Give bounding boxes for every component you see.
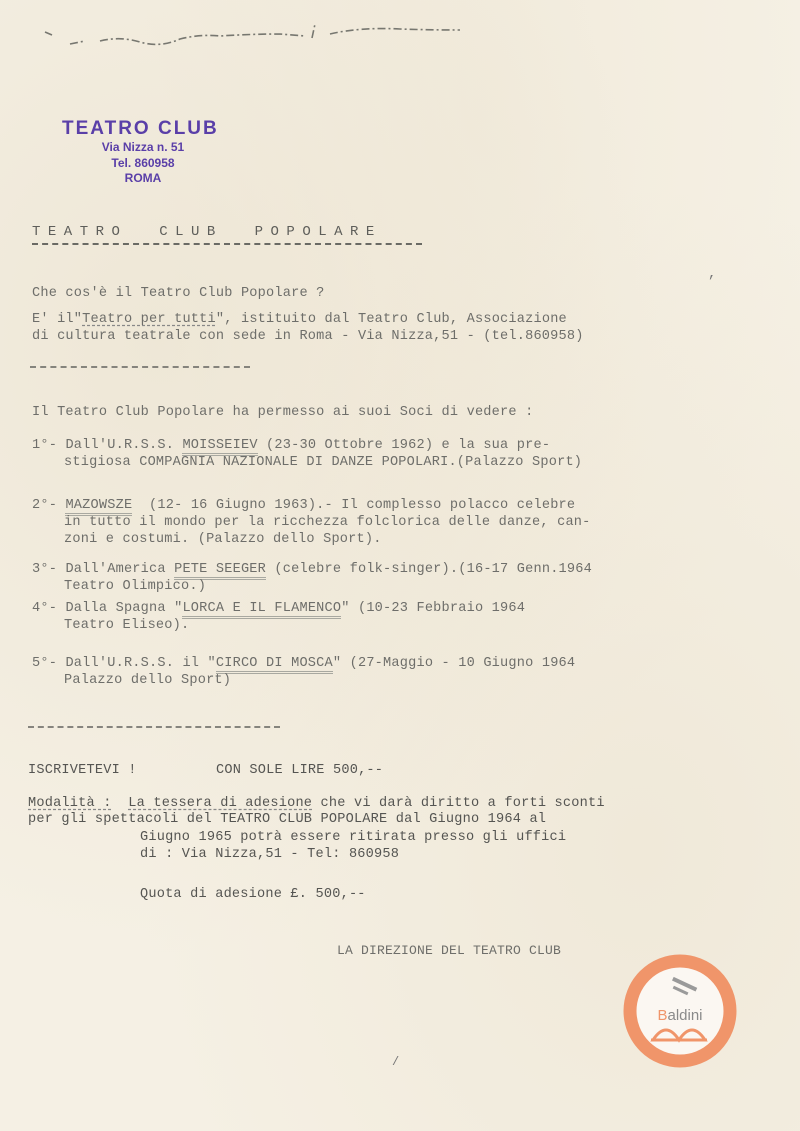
event-item: 5°- Dall'U.R.S.S. il "CIRCO DI MOSCA" (2… bbox=[32, 656, 575, 672]
event-item: 3°- Dall'America PETE SEEGER (celebre fo… bbox=[32, 562, 592, 578]
stamp-city: ROMA bbox=[98, 171, 188, 187]
ink-mark: , bbox=[708, 266, 716, 282]
event-continuation: stigiosa COMPAGNIA NAZIONALE DI DANZE PO… bbox=[64, 455, 582, 471]
event-detail: " (10-23 Febbraio 1964 bbox=[341, 601, 525, 616]
event-number: 3°- bbox=[32, 562, 57, 577]
modalita-text-1: che vi darà diritto a forti sconti bbox=[312, 796, 605, 811]
event-continuation: Palazzo dello Sport) bbox=[64, 673, 231, 689]
modalita-line-3: Giugno 1965 potrà essere ritirata presso… bbox=[140, 830, 566, 846]
stamp-address-block: Via Nizza n. 51 Tel. 860958 ROMA bbox=[98, 140, 188, 187]
intro-line-2: di cultura teatrale con sede in Roma - V… bbox=[32, 329, 584, 345]
footer-mark: / bbox=[392, 1055, 399, 1069]
event-continuation: in tutto il mondo per la ricchezza folcl… bbox=[64, 515, 591, 531]
title-underline bbox=[32, 243, 422, 245]
signature: LA DIREZIONE DEL TEATRO CLUB bbox=[337, 943, 561, 959]
event-prefix: Dall'U.R.S.S. il " bbox=[65, 656, 215, 671]
event-title: PETE SEEGER bbox=[174, 562, 266, 580]
event-detail: (12- 16 Giugno 1963).- Il complesso pola… bbox=[132, 498, 575, 513]
handwritten-scribble bbox=[40, 12, 480, 52]
event-continuation: zoni e costumi. (Palazzo dello Sport). bbox=[64, 532, 382, 548]
event-continuation: Teatro Eliseo). bbox=[64, 618, 189, 634]
modalita-line-2: per gli spettacoli del TEATRO CLUB POPOL… bbox=[28, 812, 546, 828]
modalita-line-4: di : Via Nizza,51 - Tel: 860958 bbox=[140, 847, 399, 863]
event-item: 4°- Dalla Spagna "LORCA E IL FLAMENCO" (… bbox=[32, 601, 525, 617]
signup-price: CON SOLE LIRE 500,-- bbox=[216, 763, 383, 779]
document-title: TEATRO CLUB POPOLARE bbox=[32, 224, 382, 240]
event-number: 5°- bbox=[32, 656, 57, 671]
logo-name: Baldini bbox=[657, 1007, 702, 1024]
event-number: 4°- bbox=[32, 601, 57, 616]
intro-line-1: E' il"Teatro per tutti", istituito dal T… bbox=[32, 312, 567, 328]
stamp-phone: Tel. 860958 bbox=[98, 156, 188, 172]
event-detail: (celebre folk-singer).(16-17 Genn.1964 bbox=[266, 562, 592, 577]
stamp-title: TEATRO CLUB bbox=[62, 118, 219, 140]
signup-call: ISCRIVETEVI ! bbox=[28, 763, 137, 779]
baldini-library-logo: Baldini bbox=[621, 952, 739, 1070]
event-item: 1°- Dall'U.R.S.S. MOISSEIEV (23-30 Ottob… bbox=[32, 438, 550, 454]
event-detail: (23-30 Ottobre 1962) e la sua pre- bbox=[258, 438, 551, 453]
library-logo-icon: Baldini bbox=[621, 952, 739, 1070]
intro-prefix: E' il" bbox=[32, 312, 82, 327]
event-number: 1°- bbox=[32, 438, 57, 453]
question-heading: Che cos'è il Teatro Club Popolare ? bbox=[32, 286, 325, 302]
event-prefix: Dall'U.R.S.S. bbox=[65, 438, 182, 453]
event-prefix: Dall'America bbox=[65, 562, 174, 577]
event-prefix: Dalla Spagna " bbox=[65, 601, 182, 616]
stamp-address: Via Nizza n. 51 bbox=[98, 140, 188, 156]
event-title: LORCA E IL FLAMENCO bbox=[182, 601, 341, 619]
event-detail: " (27-Maggio - 10 Giugno 1964 bbox=[333, 656, 575, 671]
event-continuation: Teatro Olimpico.) bbox=[64, 579, 206, 595]
event-title: MOISSEIEV bbox=[182, 438, 257, 456]
intro-suffix: ", istituito dal Teatro Club, Associazio… bbox=[216, 312, 567, 327]
membership-fee: Quota di adesione £. 500,-- bbox=[140, 887, 366, 903]
events-intro: Il Teatro Club Popolare ha permesso ai s… bbox=[32, 405, 533, 421]
modalita-line-1: Modalità : La tessera di adesione che vi… bbox=[28, 796, 605, 812]
section-divider bbox=[30, 366, 250, 368]
membership-card: La tessera di adesione bbox=[128, 796, 312, 811]
modalita-label: Modalità : bbox=[28, 796, 112, 811]
event-number: 2°- bbox=[32, 498, 57, 513]
event-title: MAZOWSZE bbox=[65, 498, 132, 516]
event-title: CIRCO DI MOSCA bbox=[216, 656, 333, 674]
section-divider-2 bbox=[28, 726, 280, 728]
intro-emphasis: Teatro per tutti bbox=[82, 312, 216, 327]
event-item: 2°- MAZOWSZE (12- 16 Giugno 1963).- Il c… bbox=[32, 498, 575, 514]
